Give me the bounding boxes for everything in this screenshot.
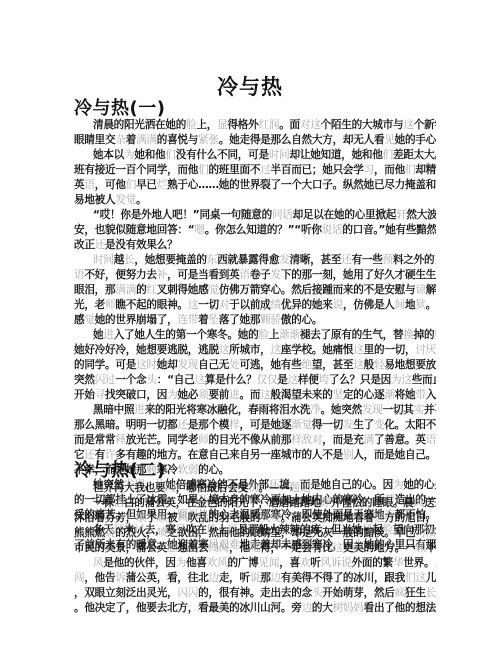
faded-text: 过 [260, 164, 270, 176]
faded-text: 嗯 [195, 224, 205, 236]
faded-text: 顺 [157, 512, 167, 524]
text-segment: 世界。 [403, 557, 434, 569]
faded-text: 们 [165, 149, 175, 161]
text-segment: 外面的繁 [352, 557, 393, 569]
faded-text: 语 [240, 269, 250, 281]
text-segment: 她必 [177, 389, 198, 401]
faded-text: 师 [198, 434, 208, 446]
text-line: 突然闪过一个念头：“自己这算是什么？仅仅是这样便垮了么？只是因为这些而止步不前了… [74, 373, 436, 388]
text-segment: 得，一定会有比 [260, 542, 332, 554]
faded-text: 还 [341, 254, 351, 266]
document-page: 冷与热 冷与热(一)清晨的阳光洒在她的脸上，显得格外红润。面对这个陌生的大城市与… [0, 0, 500, 647]
faded-text: 绩 [271, 299, 281, 311]
text-segment: 世界再大我也要 [93, 482, 165, 494]
faded-text: 说 [333, 299, 343, 311]
text-segment: 差距太大。她的小学里面一个 [393, 149, 436, 161]
faded-text: 欢 [300, 557, 310, 569]
text-line: 清晨的阳光洒在她的脸上，显得格外红润。面对这个陌生的大城市与这个新学校，她那双不… [74, 118, 436, 133]
text-segment: 而是常常 [74, 434, 115, 446]
text-segment: 可逃，她有些 [240, 359, 302, 371]
text-line: 她本以为她和他们没有什么不同，可是时间却让她知道，她和他们差距太大。她的小学里面… [74, 148, 436, 163]
text-segment: 上， [196, 119, 217, 131]
text-segment: 一个念 [115, 374, 146, 386]
text-segment: 更美的地方。一 [343, 542, 415, 554]
text-segment: 狂生 [405, 587, 426, 599]
faded-text: 对 [219, 299, 229, 311]
text-line: ，双眼立刻泛出灵光，闪闪的，很有神。走出去的念头开始萌芽，然后疯狂生长，蔓延了他… [74, 586, 436, 601]
text-segment: 来的阳光将寒冰融化，春雨将泪水洗 [145, 404, 311, 416]
faded-text: 华 [393, 557, 403, 569]
text-line: 时间越长，她想要掩盖的东西就暴露得愈发清晰，甚至还有一些预料之外的东西。她知道自… [74, 253, 436, 268]
faded-text: 仅仅 [257, 374, 278, 386]
text-segment: 想出去 [177, 542, 208, 554]
faded-text: 这 [260, 389, 270, 401]
faded-text: 发 [343, 419, 353, 431]
text-segment: 熊熊燃 [74, 527, 105, 539]
faded-text: 坚 [333, 389, 343, 401]
text-segment: 。你怎么知道的？”“听你 [205, 224, 322, 236]
faded-text: 对这 [300, 119, 321, 131]
faded-text: 寻 [95, 389, 105, 401]
faded-text: 进 [103, 329, 113, 341]
faded-text: 疯 [395, 587, 405, 599]
text-segment: 。她突然 [321, 404, 362, 416]
faded-text: 补 [157, 269, 167, 281]
text-segment: 叉刺得她感 [157, 284, 209, 296]
text-line: 班有接近一百个同学，而他们的班里面不过半百而已；她只会学习，而他们却精通各种乐器… [74, 163, 436, 178]
text-segment: 。他决定了，他要去北方，看最美的冰川山河。旁 [74, 602, 302, 614]
faded-text: 发觉 [115, 194, 136, 206]
faded-text: 渐 [384, 389, 394, 401]
text-segment: 里的一切， [364, 344, 416, 356]
faded-text: 欢风 [207, 557, 228, 569]
faded-text: 洁 [114, 497, 124, 509]
text-line: 她进入了她人生的第一个寒冬。她的脸上渐渐褪去了原有的生气，替换掉的则是眼神中的寒… [74, 328, 436, 343]
faded-text: 净 [310, 404, 320, 416]
text-segment: 生了 [353, 419, 374, 431]
text-segment: ，他告 [84, 572, 115, 584]
faded-text: 满满 [115, 284, 136, 296]
text-segment: ，她想要掩盖的 [134, 254, 206, 266]
faded-text: 烂 [157, 179, 167, 191]
text-segment: ，可是她逐 [240, 419, 292, 431]
faded-text: 觉 [250, 542, 260, 554]
faded-text: 轩 [396, 209, 406, 221]
text-segment: 于以前成 [229, 299, 270, 311]
text-segment: ，而他 [374, 164, 405, 176]
text-segment: 他喜 [186, 557, 207, 569]
faded-text: 进 [134, 404, 144, 416]
text-line: 沐浴着芬芳，顺了顺被风吹乱的羽毛般的头发。蒲公英痴痴地看着远方的旭日，一片明艳的… [74, 511, 436, 526]
faded-text: 闯 [165, 482, 175, 494]
text-segment: 人，而是她自己。把她逼到 [353, 449, 436, 461]
faded-text: 须 [198, 389, 208, 401]
faded-text: 狱 [415, 299, 425, 311]
text-segment: 走，听 [219, 572, 250, 584]
faded-text: 时间 [269, 149, 290, 161]
faded-text: 闪闪 [177, 587, 198, 599]
text-segment: 却让她知道，她和他 [290, 149, 383, 161]
text-segment: ，双眼立刻泛出灵光， [74, 587, 177, 599]
faded-text: 软弱 [177, 464, 198, 476]
faded-text: 们这 [405, 572, 426, 584]
faded-text: 还 [177, 419, 187, 431]
text-segment: 所城市， [229, 344, 270, 356]
text-segment: 早已 [136, 179, 157, 191]
text-segment: 落了她那 [219, 314, 260, 326]
faded-text: 闯闯 [208, 542, 229, 554]
text-segment: 的 [136, 284, 146, 296]
text-segment: 的目光不像从前那 [208, 434, 291, 446]
faded-text: 则 [434, 329, 436, 341]
faded-text: 语 [426, 434, 436, 446]
faded-text: 远 [374, 512, 384, 524]
faded-text: 习惯 [415, 527, 436, 539]
faded-text: 为这 [391, 374, 412, 386]
text-line: 开始寻找突破口，因为她必须要前进。而这般渴望未来的坚定的心逐渐将她带入了一个全新… [74, 388, 436, 403]
text-segment: 傲的心。 [281, 314, 322, 326]
faded-text: 们 [198, 164, 208, 176]
text-segment: 卷子 [250, 269, 271, 281]
text-segment: 开惺忪的睡眼。晨 [331, 497, 414, 509]
faded-text: 这 [195, 374, 205, 386]
faded-text: 风 [414, 497, 424, 509]
text-line: 安，也貌似随意地回答：“嗯。你怎么知道的？”“听你说话的口音。”她有些黯然，心想… [74, 223, 436, 238]
text-segment: 些而止步不前了么？”她 [412, 374, 436, 386]
faded-text: 样 [229, 419, 239, 431]
faded-text: 边 [271, 572, 281, 584]
text-segment: 自己无 [198, 359, 229, 371]
text-line: 感觉她的世界崩塌了，连带着坠落了她那颗骄傲的心。 [74, 313, 436, 328]
text-segment: 般渴望未来的 [271, 389, 333, 401]
text-segment: 找突破口，因 [105, 389, 167, 401]
faded-text: 轻 [374, 359, 384, 371]
text-segment: 她却 [157, 359, 178, 371]
text-line: 风是他的伙伴，因为他喜欢风的广博见闻，喜欢听风诉说外面的繁华世界。风知道蒲公英想… [74, 556, 436, 571]
faded-text: 语 [84, 179, 94, 191]
faded-text: 习 [364, 164, 374, 176]
faded-text: 这时 [136, 359, 157, 371]
faded-text: 谅 [415, 284, 425, 296]
text-line: 她好冷好冷，她想要逃脱，逃脱这所城市，这座学校。她痛恨这里的一切，讨厌这里的老师… [74, 343, 436, 358]
faded-text: 这 [403, 119, 413, 131]
text-line: 。他决定了，他要去北方，看最美的冰川山河。旁边的大树妈妈看出了他的想法，急忙劝阻… [74, 601, 436, 616]
faded-text: 们 [126, 179, 136, 191]
text-segment: 开始 [74, 389, 95, 401]
text-segment: 。蒲公英痴痴地看着 [281, 512, 374, 524]
faded-text: 伤 [248, 482, 258, 494]
text-segment: 是没有效果么？ [105, 239, 177, 251]
faded-text: 为 [124, 149, 134, 161]
faded-text: 紧张 [198, 134, 219, 146]
text-segment: 上 [269, 329, 279, 341]
text-segment: 没有什么不同，可是 [176, 149, 269, 161]
text-segment: ，而是充 [322, 434, 363, 446]
text-segment: 眼泪，那 [74, 284, 115, 296]
text-line: 而是常常释放光芒。同学老师的目光不像从前那样敌对，而是充满了善意。英语不再那么枯… [74, 433, 436, 448]
text-line: 世界再大我也要闯，哪怕最后会受伤。——题记 [74, 481, 436, 496]
faded-text: 东 [434, 254, 436, 266]
text-segment: 着 [126, 134, 136, 146]
text-segment: 将她 [395, 389, 416, 401]
text-segment: 她的手心里早已浸 [395, 134, 436, 146]
faded-text: 脸 [186, 119, 196, 131]
faded-text: 睁 [321, 497, 331, 509]
text-line: 一株洁白的蒲公英，在金色的阳光下，磨磨蹭蹭地睁开惺忪的睡眼。晨风送来阵阵花香，蒲… [74, 496, 436, 511]
text-segment: 被 [167, 512, 177, 524]
faded-text: 见 [384, 134, 394, 146]
faded-text: 样敌对 [291, 434, 322, 446]
faded-text: 觉 [208, 284, 218, 296]
faded-text: 换 [403, 329, 413, 341]
text-line: 光，老师瞧不起的眼神。这一切对于以前成绩优异的她来说，仿佛是人间地狱。就这般日复… [74, 298, 436, 313]
text-line: 眼睛里交杂着满满的喜悦与紧张。她走得是那么自然大方，却无人看见她的手心里早已浸满… [74, 133, 436, 148]
faded-text: 们 [405, 164, 415, 176]
text-line: 黑暗中照进来的阳光将寒冰融化，春雨将泪水洗净。她突然发现一切其实并不像自己想象中… [74, 403, 436, 418]
section-heading: 冷与热(二) [74, 456, 165, 482]
faded-text: 为 [176, 557, 186, 569]
text-segment: 市民的美景，蒲公英 [74, 542, 167, 554]
text-segment: 熟于心……她的世界裂了一个大口子。纵然她已尽力掩盖和弥 [167, 179, 436, 191]
faded-text: 发现 [177, 359, 198, 371]
faded-text: 这 [188, 299, 198, 311]
faded-text: 带 [415, 389, 425, 401]
text-segment: 清晨的阳光洒在她的 [93, 119, 186, 131]
faded-text: 题记 [290, 482, 311, 494]
text-segment: 的同学。可是 [74, 359, 136, 371]
text-segment: 优异的她来 [281, 299, 333, 311]
text-segment: 安，也貌似随意地回答：“ [74, 224, 195, 236]
text-line: 改正还是没有效果么？ [74, 238, 436, 253]
text-segment: 的喜悦与 [157, 134, 198, 146]
text-segment: 。面 [279, 119, 300, 131]
faded-text: 边 [208, 572, 218, 584]
text-segment: 的心。 [198, 464, 229, 476]
text-segment: 她 [93, 329, 103, 341]
text-segment: 解，而是同学鄙 [426, 284, 436, 296]
faded-text: 树妈妈 [333, 602, 364, 614]
faded-text: 发 [279, 254, 289, 266]
text-segment: 沐浴着芬芳， [74, 512, 136, 524]
text-segment: 英 [74, 179, 84, 191]
text-segment: 却足以在她的心里掀起 [293, 209, 396, 221]
text-segment: ，喜 [279, 557, 300, 569]
faded-text: 边 [302, 602, 312, 614]
text-segment: 的班里面不 [208, 164, 260, 176]
faded-text: 颗 [415, 542, 425, 554]
text-segment: 蒲公英，看，往北 [126, 572, 209, 584]
faded-text: 这 [288, 374, 298, 386]
faded-text: 红润 [259, 119, 280, 131]
text-segment: 一切 [198, 299, 219, 311]
text-line: 的同学。可是这时她却发现自己无处可逃，她有些绝望，甚至这般轻易地想要放弃生命。但… [74, 358, 436, 373]
faded-text: 见闻 [259, 557, 280, 569]
faded-text: 进 [229, 389, 239, 401]
faded-text: 实 [414, 404, 424, 416]
faded-text: 坠 [208, 314, 218, 326]
text-segment: “哎！你是外地人吧！”同桌一句随意的 [93, 209, 272, 221]
text-segment: 了么？只是因 [329, 374, 391, 386]
text-segment: 褪去了原有的生气，替 [300, 329, 403, 341]
text-segment: 她好冷好冷，她想要逃脱，逃脱 [74, 344, 219, 356]
text-segment: 突然 [74, 374, 95, 386]
text-segment: 仿佛万箭穿心。然后接踵而来的不是安慰与 [219, 284, 416, 296]
faded-text: 语 [74, 269, 84, 281]
text-segment: 白的蒲公英，在金色的阳光下，磨磨蹭蹭地 [124, 497, 321, 509]
faded-text: 这 [353, 359, 363, 371]
faded-text: 风诉说 [321, 557, 352, 569]
text-segment: 光，老 [74, 299, 105, 311]
text-line: 那么黑暗。明明一切都还是那个模样，可是她逐渐觉得一切发生了变化。太阳不再总躲在乌… [74, 418, 436, 433]
text-line: 熊熊燃烧的烈火，喷之欲出，然而他的眼睛里，却是死灰一般的黯淡。早已习惯了这些足以… [74, 526, 436, 541]
text-segment: 然大波。她 [406, 209, 436, 221]
text-segment: 的大 [312, 602, 333, 614]
text-segment: ，仿佛是人 [343, 299, 395, 311]
text-segment: 地 [405, 299, 415, 311]
faded-text: 风 [177, 512, 187, 524]
faded-text: 渐觉 [291, 419, 312, 431]
text-segment: 西就暴露得愈 [217, 254, 279, 266]
text-segment: 。—— [259, 482, 290, 494]
text-segment: 瞧不起的眼神。 [115, 299, 187, 311]
faded-text: 还 [95, 239, 105, 251]
text-segment: 样便 [298, 374, 319, 386]
text-segment: 易地被人 [74, 194, 115, 206]
faded-text: 烧 [105, 527, 115, 539]
text-segment: ，可他 [95, 179, 126, 191]
faded-text: 变 [374, 419, 384, 431]
text-segment: 眼睛里交 [74, 134, 115, 146]
text-segment: 。 [136, 194, 146, 206]
text-segment: 掉的 [414, 329, 435, 341]
faded-text: 红 [146, 284, 156, 296]
text-segment: 望，甚至 [312, 359, 353, 371]
text-segment: 看出了他的想法，急忙 [364, 602, 436, 614]
faded-text: 闪过 [95, 374, 116, 386]
faded-text: 垮 [319, 374, 329, 386]
text-line: 语不好，便努力去补，可是当看到英语卷子发下的那一刻，她用了好久才硬生生地忍下去喷… [74, 268, 436, 283]
text-line: 闯，他告诉蒲公英，看，往北边走，听说那边有美得不得了的冰川，跟我们这儿大不一样。… [74, 571, 436, 586]
text-segment: 感 [74, 314, 84, 326]
faded-text: 这 [219, 344, 229, 356]
text-segment: 她和他 [134, 149, 165, 161]
faded-text: 问话 [272, 209, 293, 221]
text-segment: 了善意。英 [374, 434, 426, 446]
faded-text: 这 [353, 344, 363, 356]
text-segment: 之欲出，然而他的眼睛里，却是死灰一般的黯淡。早已 [167, 527, 415, 539]
text-segment: 并不像自己想象中的 [424, 404, 436, 416]
text-segment: 开始萌芽，然后 [322, 587, 394, 599]
text-segment: 半百而已；她只会学 [271, 164, 364, 176]
text-segment: 的烈火， [115, 527, 156, 539]
text-segment: 。就 [426, 299, 436, 311]
text-segment: 般 [364, 359, 374, 371]
text-segment: 班有接近一百个同学，而他 [74, 164, 198, 176]
faded-text: 说 [250, 572, 260, 584]
text-segment: 有一些 [352, 254, 383, 266]
text-segment: 一株 [93, 497, 114, 509]
text-segment: 下的那一刻，她用了好久才硬生生地忍下去 [281, 269, 436, 281]
faded-text: 头 [146, 374, 156, 386]
text-segment: 个新学校，她那双不大的 [414, 119, 436, 131]
faded-text: 间 [395, 299, 405, 311]
text-segment: 方的旭日，一片明 [384, 512, 436, 524]
faded-text: 满 [364, 434, 374, 446]
text-segment: 定的心逐 [343, 389, 384, 401]
faded-text: 风 [434, 557, 436, 569]
faded-text: 觉 [84, 314, 94, 326]
faded-text: 讨厌这 [415, 344, 436, 356]
faded-text: 闯 [74, 572, 84, 584]
faded-text: 时间 [93, 254, 114, 266]
faded-text: 脸 [259, 329, 269, 341]
faded-text: 风 [93, 557, 103, 569]
text-segment: 了 [146, 512, 156, 524]
faded-text: 这 [271, 344, 281, 356]
faded-text: 这 [333, 542, 343, 554]
faded-text: 释 [115, 434, 125, 446]
text-segment: ：“自己 [157, 374, 195, 386]
faded-text: 渐渐 [279, 329, 300, 341]
faded-text: 满满 [136, 134, 157, 146]
section-heading: 冷与热(一) [74, 94, 165, 120]
faded-text: 为 [167, 389, 177, 401]
text-segment: 是他的伙伴，因 [103, 557, 175, 569]
faded-text: 头发 [260, 512, 281, 524]
text-segment: 吹乱的羽毛般的 [188, 512, 260, 524]
faded-text: 绝 [302, 359, 312, 371]
text-segment: 得格外 [227, 119, 258, 131]
text-segment: 着 [198, 314, 208, 326]
text-segment: 的口音。”她有些黯然，心想，口音 [342, 224, 436, 236]
text-line: “哎！你是外地人吧！”同桌一句随意的问话却足以在她的心里掀起轩然大波。她压住内心… [74, 208, 436, 223]
text-segment: 。她走得是那么自然大方，却无人看 [219, 134, 385, 146]
text-segment: 入了一个全新的世界。 [426, 389, 436, 401]
faded-text: 处 [229, 359, 239, 371]
faded-text: 东 [207, 254, 217, 266]
text-segment: 改正 [74, 239, 95, 251]
text-segment: 放光芒。同学老 [126, 434, 198, 446]
text-segment: 她本以 [93, 149, 124, 161]
text-segment: 得一切 [312, 419, 343, 431]
faded-text: 说话 [322, 224, 343, 236]
faded-text: 喷 [157, 527, 167, 539]
text-line: 眼泪，那满满的红叉刺得她感觉仿佛万箭穿心。然后接踵而来的不是安慰与谅解，而是同学… [74, 283, 436, 298]
text-segment: 却精通各种 [415, 164, 436, 176]
text-segment: 入了她人生的第一个寒冬。她的 [114, 329, 259, 341]
faded-text: 发现 [362, 404, 383, 416]
text-segment: 那 [260, 572, 270, 584]
text-segment: 一切其 [383, 404, 414, 416]
text-segment: 听 [310, 557, 320, 569]
text-segment: 她的世界崩塌了， [95, 314, 178, 326]
text-segment: 送来 [424, 497, 436, 509]
faded-text: 显 [217, 119, 227, 131]
text-segment: 清晰，甚至 [290, 254, 342, 266]
text-segment: 是 [277, 374, 287, 386]
text-segment: 儿大不一 [426, 572, 436, 584]
faded-text: 连带 [177, 314, 198, 326]
text-segment: 料之外的 [393, 254, 434, 266]
faded-text: 长 [426, 587, 436, 599]
text-segment: 不安的心，蠢蠢欲 [426, 542, 436, 554]
faded-text: 杂 [115, 134, 125, 146]
text-line: 市民的美景，蒲公英总想出去闯闯，他觉得，一定会有比这更美的地方。一颗不安的心，蠢… [74, 541, 436, 556]
faded-text: 顺 [136, 512, 146, 524]
text-segment: ，他 [229, 542, 250, 554]
text-segment: 算是什么？ [205, 374, 257, 386]
text-segment: 有美得不得了的冰川，跟我 [281, 572, 405, 584]
